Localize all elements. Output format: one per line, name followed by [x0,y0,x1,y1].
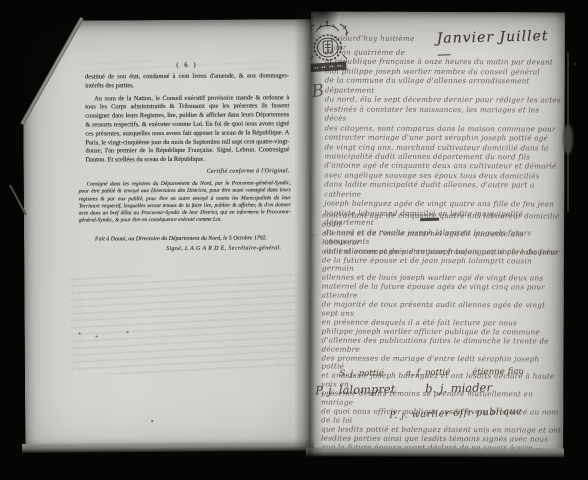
consigne-paragraph: Consigné dans les registres du Départeme… [79,180,291,225]
signature: P. j. lalompret [315,382,395,397]
certification-line: Certifié conforme à l'Original. [86,168,290,175]
signature: a. f. pottié [406,368,450,379]
lagarde-signature-line: Signé, L A G A R D E, Secrétaire-général… [166,245,290,252]
page-number: ( 6 ) [85,61,289,69]
dust-speck [151,420,153,422]
paraph-initial: B [310,81,325,103]
dust-speck [96,335,98,337]
margin-note: 18 warlier [309,228,318,241]
margin-note: vu [309,202,318,209]
official-stamp-icon [309,20,352,75]
printed-paragraph-continuation: destitué de son état, condamné à cent li… [85,72,289,91]
dust-speck [79,333,81,335]
photo-backdrop: ( 6 ) destitué de son état, condamné à c… [0,0,588,480]
left-page: ( 6 ) destitué de son état, condamné à c… [23,19,314,447]
right-page: aujourd'huy huitième jour Janvier Juille… [309,11,565,454]
witness-signatures-row: P. j. lalompret b. j. miader [315,380,492,397]
printed-paragraph-proclamation: Au nom de la Nation, le Conseil exécutif… [85,94,289,166]
margin-note: de fait [309,300,318,307]
signature: b. j. miader [425,380,492,395]
ink-bleedthrough [70,273,298,375]
signature: S. j. pottié [339,369,384,380]
page-bottom-edge [22,442,314,453]
dust-speck [127,331,129,333]
dust-speck [574,63,576,65]
book-edge-highlight [563,124,573,154]
signature: étienne fiau [472,367,524,378]
dateline: Fait à Douai, au Directoire du Départeme… [95,235,290,242]
page-bottom-edge [306,447,564,457]
